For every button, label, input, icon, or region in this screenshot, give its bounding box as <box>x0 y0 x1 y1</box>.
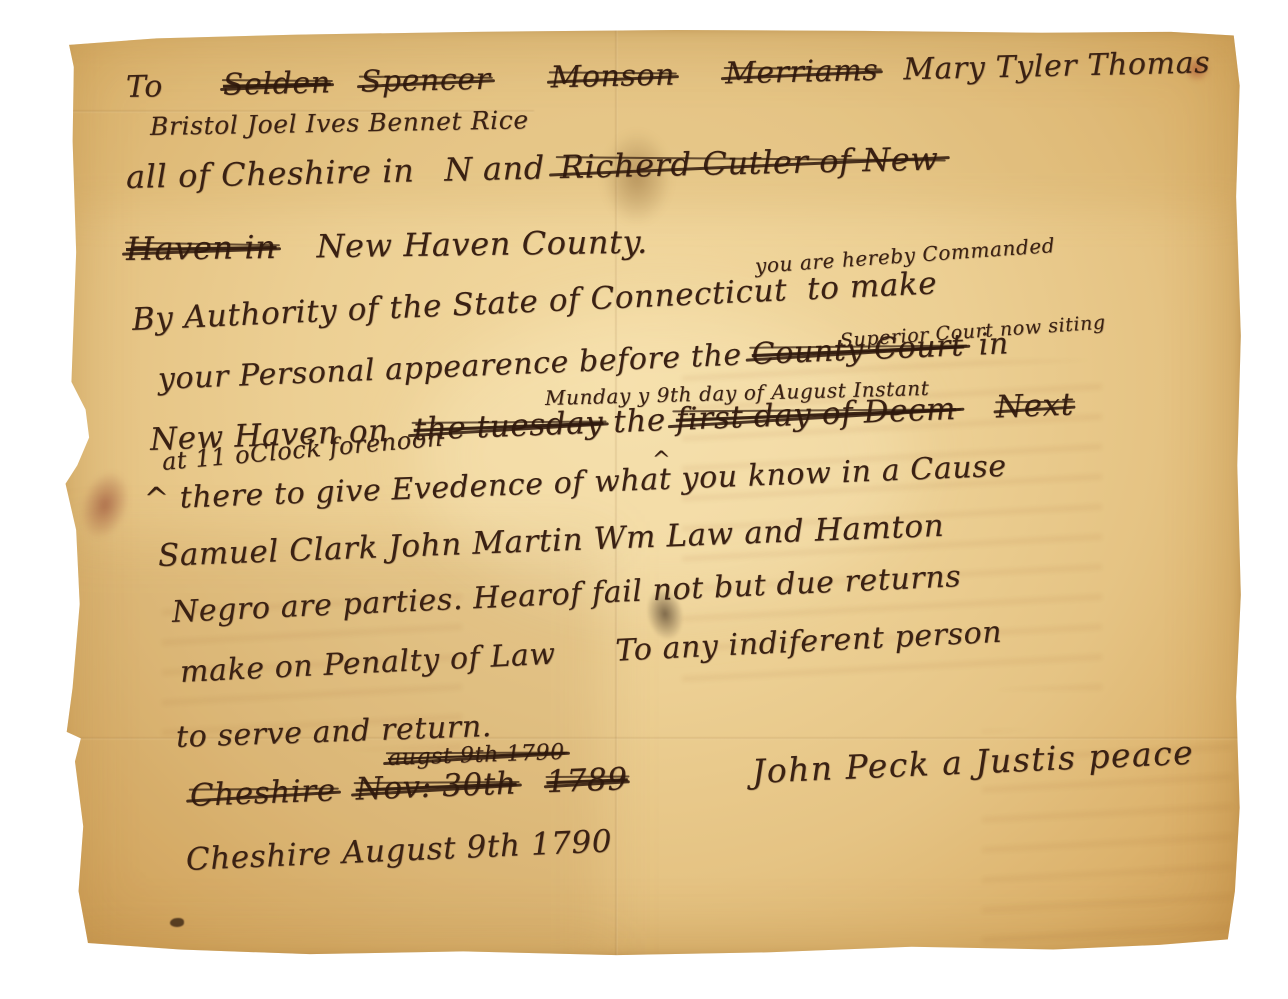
to-make-text: to make <box>806 265 938 307</box>
justice-signature-john-peck: John Peck a Justis peace <box>751 733 1195 791</box>
negro-are-parties-text: Negro are parties. Hearof fail not but d… <box>171 559 962 630</box>
word-the: the <box>613 402 667 440</box>
word-in: in <box>978 326 1010 362</box>
struck-dateline-1789: CheshireNov: 30th1789 <box>189 761 628 814</box>
struck-next: Next <box>995 387 1074 426</box>
aged-paper-sheet: ToSeldenSpencerMonsonMerriamsMary Tyler … <box>62 30 1242 956</box>
names-line-2: Bristol Joel Ives Bennet Rice <box>150 105 529 141</box>
struck-haven-in: Haven in <box>126 228 277 268</box>
small-ink-dot <box>170 918 184 927</box>
all-of-cheshire: all of Cheshire in <box>126 151 415 196</box>
signature-line: John Peck a Justis peace <box>751 733 1195 791</box>
new-haven-county: New Haven County. <box>316 223 648 266</box>
scanned-document-page: { "colors":{ "scan_background":"#ffffff"… <box>0 0 1288 999</box>
make-on-penalty-text: make on Penalty of Law <box>179 637 556 690</box>
indifferent-person-text: To any indiferent person <box>615 615 1003 669</box>
struck-name-selden: Selden <box>223 65 332 102</box>
names-bristol-joel-ives-bennet-rice: Bristol Joel Ives Bennet Rice <box>150 105 529 141</box>
struck-name-merriams: Merriams <box>725 53 879 91</box>
final-dateline-1790: Cheshire August 9th 1790 <box>185 823 613 878</box>
struck-richerd-cutler: Richerd Cutler of New <box>559 140 938 187</box>
parties-fail-not-line: Negro are parties. Hearof fail not but d… <box>171 559 962 630</box>
penalty-line: make on Penalty of LawTo any indiferent … <box>179 615 1003 690</box>
struck-name-spencer: Spencer <box>360 62 491 100</box>
address-line: ToSeldenSpencerMonsonMerriamsMary Tyler … <box>126 45 1211 105</box>
caret-mark-evidence: ^ <box>143 481 170 517</box>
county-line: Haven inNew Haven County. <box>126 223 648 268</box>
salutation-to: To <box>126 69 164 105</box>
names-mary-tyler-thomas: Mary Tyler Thomas <box>903 45 1211 87</box>
by-authority-text: By Authority of the State of Connecticut <box>131 272 788 338</box>
struck-1789: 1789 <box>546 761 629 800</box>
abandoned-letter-n: N <box>444 150 473 189</box>
residence-line: all of Cheshire inNandRicherd Cutler of … <box>126 140 939 196</box>
struck-cheshire: Cheshire <box>189 772 336 814</box>
struck-name-monson: Monson <box>550 58 675 96</box>
authority-line: By Authority of the State of Connecticut… <box>131 265 938 338</box>
word-and: and <box>482 148 545 187</box>
struck-nov-30: Nov: 30th <box>355 765 517 807</box>
parties-names-line: Samuel Clark John Martin Wm Law and Hamt… <box>157 508 945 574</box>
samuel-clark-john-martin-text: Samuel Clark John Martin Wm Law and Hamt… <box>157 508 945 574</box>
red-ink-stain <box>72 465 137 546</box>
struck-county-court: County Court <box>751 328 964 372</box>
